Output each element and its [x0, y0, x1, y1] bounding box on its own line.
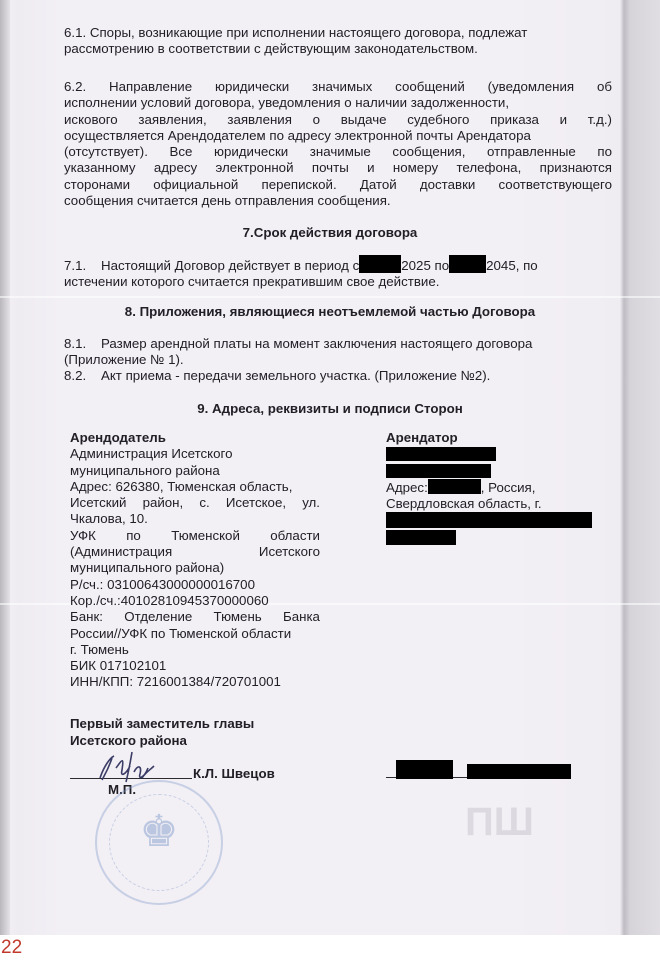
clause-7-1: 7.1. Настоящий Договор действует в перио… [64, 255, 612, 290]
clause-text: 2025 по [401, 258, 449, 273]
word: области [270, 528, 320, 544]
item-number: 8.1. [64, 336, 86, 351]
signer-name: К.Л. Швецов [193, 766, 275, 782]
lessee-address: Адрес:, Россия, [386, 479, 535, 496]
lessor-treasury: муниципального района) [70, 560, 320, 576]
signer-title-line: Первый заместитель главы [70, 715, 254, 732]
lessor-treasury: (Администрация Исетского [70, 544, 320, 560]
word: Исетское, [226, 495, 286, 511]
word: (Администрация [70, 544, 172, 560]
lessor-address: Чкалова, 10. [70, 511, 320, 527]
lessor-inn: ИНН/КПП: 7216001384/720701001 [70, 674, 320, 690]
redacted-date-start [359, 255, 401, 273]
official-stamp: ♚ [95, 780, 223, 905]
show-through-text: ПШ [465, 800, 534, 845]
lessor-bik: БИК 017102101 [70, 658, 320, 674]
word: район, [143, 495, 184, 511]
signer-title-line: Исетского района [70, 732, 254, 749]
lessor-address: Исетский район, с. Исетское, ул. [70, 495, 320, 511]
redacted-lessee-name [386, 447, 496, 461]
lessor-line: муниципального района [70, 463, 320, 479]
word: с. [199, 495, 209, 511]
item-text: Размер арендной платы на момент заключен… [101, 336, 532, 351]
redacted-lessee-name [467, 764, 571, 779]
word: Исетский [70, 495, 126, 511]
section-8-list: 8.1. Размер арендной платы на момент зак… [64, 336, 612, 384]
clause-text: 2045, по [486, 258, 538, 273]
clause-line: осуществляется Арендодателем по адресу э… [64, 128, 612, 144]
word: Банк: [70, 609, 103, 625]
word: Банка [283, 609, 320, 625]
section-7-heading: 7.Срок действия договора [0, 225, 660, 240]
lessor-line: Администрация Исетского [70, 446, 320, 462]
redacted-lessee-address [386, 530, 456, 545]
lessee-title: Арендатор [386, 430, 606, 446]
clause-line: 7.1. Настоящий Договор действует в перио… [64, 255, 612, 274]
list-item: 8.1. Размер арендной платы на момент зак… [64, 336, 612, 352]
clause-line: 6.1. Споры, возникающие при исполнении н… [64, 25, 612, 41]
clause-text: Настоящий Договор действует в период с [101, 258, 359, 273]
coat-of-arms-icon: ♚ [139, 804, 179, 860]
word: Тюмень [214, 609, 262, 625]
paper-fold [0, 296, 660, 298]
clause-line: исполнении условий договора, уведомления… [64, 95, 612, 111]
item-number: 8.2. [64, 368, 86, 383]
word: Тюменской [171, 528, 240, 544]
clause-line: истечении которого считается прекративши… [64, 274, 612, 290]
clause-line: исковогозаявления,заявленияовыдачесудебн… [64, 112, 612, 128]
address-label: Адрес: [386, 480, 428, 495]
clause-line: сторонамиофициальнойперепиской.Датойдост… [64, 177, 612, 193]
word: Отделение [124, 609, 192, 625]
document-page: ПШ 6.1. Споры, возникающие при исполнени… [0, 0, 660, 935]
word: ул. [302, 495, 320, 511]
redacted-lessee-address [386, 512, 592, 528]
redacted-postcode [428, 479, 481, 494]
word: УФК [70, 528, 96, 544]
lessee-region: Свердловская область, г. [386, 496, 542, 512]
section-8-heading: 8. Приложения, являющиеся неотъемлемой ч… [0, 304, 660, 319]
clause-6-2: 6.2.Направлениеюридическизначимыхсообщен… [64, 79, 612, 209]
lessor-details: Арендодатель Администрация Исетского мун… [70, 430, 320, 691]
lessor-account: Р/сч.: 03100643000000016700 [70, 577, 320, 593]
lessee-details: Арендатор [386, 430, 606, 446]
lessor-title: Арендодатель [70, 430, 320, 446]
word: по [126, 528, 141, 544]
page-number: 22 [1, 937, 22, 959]
redacted-date-end [449, 255, 486, 273]
item-text-continued: (Приложение № 1). [64, 352, 612, 368]
section-9-heading: 9. Адреса, реквизиты и подписи Сторон [0, 401, 660, 416]
lessor-treasury: УФК по Тюменской области [70, 528, 320, 544]
clause-line: рассмотрению в соответствии с действующи… [64, 41, 612, 57]
redacted-lessee-name [386, 464, 491, 478]
clause-line: указанномуадресуэлектроннойпочтыиномерут… [64, 160, 612, 176]
clause-line-text: исполнении условий договора, уведомления… [64, 95, 509, 111]
address-text: , Россия, [481, 480, 536, 495]
signer-title: Первый заместитель главы Исетского район… [70, 715, 254, 749]
clause-line: (отсутствует).Всеюридическизначимыесообщ… [64, 144, 612, 160]
clause-line: 6.2.Направлениеюридическизначимыхсообщен… [64, 79, 612, 95]
lessor-corr-account: Кор./сч.:40102810945370000060 [70, 593, 320, 609]
redacted-lessee-signature [396, 760, 453, 779]
word: Исетского [259, 544, 320, 560]
item-text: Акт приема - передачи земельного участка… [101, 368, 490, 383]
lessor-bank: г. Тюмень [70, 642, 320, 658]
clause-number: 7.1. [64, 258, 86, 273]
list-item: 8.2. Акт приема - передачи земельного уч… [64, 368, 612, 384]
lessor-address: Адрес: 626380, Тюменская область, [70, 479, 320, 495]
clause-6-1: 6.1. Споры, возникающие при исполнении н… [64, 25, 612, 57]
page-edge [0, 0, 10, 935]
clause-line: сообщения считается день отправления соо… [64, 193, 612, 209]
lessor-bank: России//УФК по Тюменской области [70, 626, 320, 642]
lessor-bank: Банк: Отделение Тюмень Банка [70, 609, 320, 625]
